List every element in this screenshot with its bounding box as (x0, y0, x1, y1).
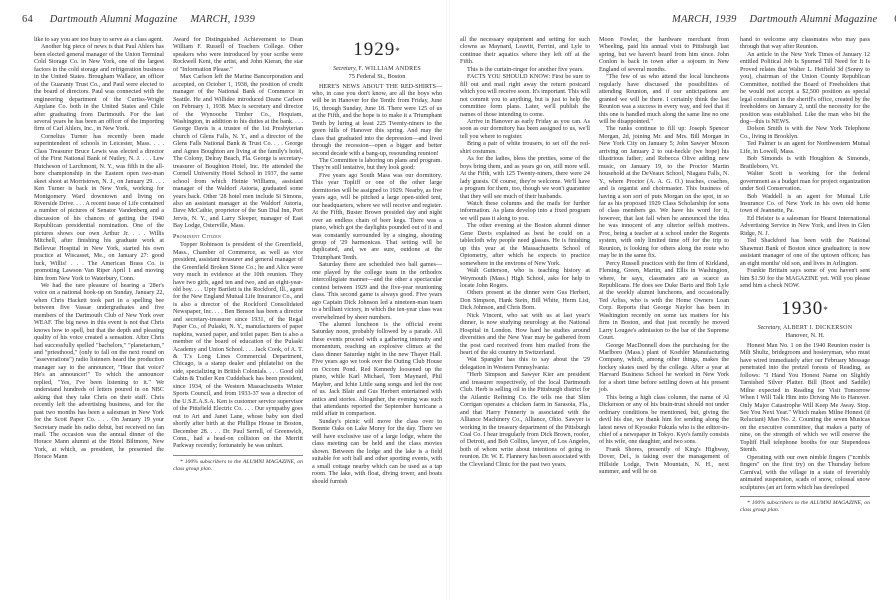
running-head-right: MARCH, 1939 Dartmouth Alumni Magazine 65 (672, 14, 896, 25)
issue-date: MARCH, 1939 (672, 14, 737, 25)
section-subhead: Prominent Citizen (173, 234, 303, 241)
paragraph: Dolson Smith is with the New York Teleph… (740, 126, 870, 141)
paragraph: The alumni luncheon is the official even… (312, 322, 442, 419)
column-6: hand to welcome any classmates who may p… (740, 37, 870, 514)
paragraph: Bob Waddell is an agent for Mutual Life … (740, 194, 870, 216)
paragraph: Honest Man No. 1 on the 1940 Reunion ros… (740, 343, 870, 455)
paragraph: Walt Gutterson, who is teaching history … (460, 268, 590, 290)
running-head-left: 64 Dartmouth Alumni Magazine MARCH, 1939 (22, 14, 255, 25)
paragraph: Ed Heister is a salesman for Hearst Inte… (740, 216, 870, 238)
paragraph: HERE'S NEWS ABOUT THE RED-SHIRTS—who, in… (312, 84, 442, 159)
paragraph: Walter Scott is working for the federal … (740, 171, 870, 193)
paragraph: Five years ago South Mass was our dormit… (312, 173, 442, 262)
paragraph: Nick Vincent, who sat with us at last ye… (460, 313, 590, 358)
paragraph: The ranks continue to fill up: Joseph Sp… (599, 126, 729, 260)
paragraph: This being a high class column, the name… (599, 395, 729, 447)
paragraph: The other evening at the Boston alumni d… (460, 223, 590, 268)
paragraph: Frankie Brittain says some of you haven'… (740, 268, 870, 290)
secretary-address: Hanover, N. H. (740, 332, 870, 341)
secretary-address: 75 Federal St., Boston (312, 73, 442, 82)
paragraph: Bring a pair of white trousers, to set o… (460, 141, 590, 156)
class-year-heading-1929: 1929* (312, 39, 442, 61)
column-3: 1929* Secretary, F. WILLIAM ANDRES 75 Fe… (312, 37, 442, 486)
paragraph: all the necessary equipment and setting … (460, 37, 590, 67)
paragraph: Ted Palmer is an agent for Northwestern … (740, 141, 870, 156)
column-4: all the necessary equipment and setting … (460, 37, 590, 469)
column-2: Award for Distinguished Achievement to D… (173, 37, 303, 473)
class-secretary: Secretary, ALBERT I. DICKERSON (740, 324, 870, 332)
footnote: * 100% subscribers to the ALUMNI MAGAZIN… (173, 459, 303, 473)
column-1: like to say you are too busy to serve as… (34, 37, 164, 462)
paragraph: The Committee is laboring on plans and p… (312, 158, 442, 173)
paragraph: Another big piece of news is that Paul A… (34, 44, 164, 133)
paragraph: As for the ladies, bless the pretties, s… (460, 156, 590, 201)
paragraph: "The few of us who attend the local lunc… (599, 74, 729, 126)
paragraph: Percy Russell practices with the firm of… (599, 261, 729, 343)
class-year-heading-1930: 1930* (740, 298, 870, 320)
paragraph: FACTS YOU SHOULD KNOW: First be sure to … (460, 74, 590, 119)
paragraph: Moon Fowler, the hardware merchant from … (599, 37, 729, 74)
footnote: * 100% subscribers to the ALUMNI MAGAZIN… (740, 500, 870, 514)
magazine-title: Dartmouth Alumni Magazine (749, 14, 877, 25)
paragraph: Others present at the dinner were Gus He… (460, 290, 590, 312)
paragraph: Bob Simonds is with Houghton & Simonds, … (740, 156, 870, 171)
paragraph: Operating with our own nimble fingers ("… (740, 455, 870, 492)
footnote-rule (173, 455, 303, 456)
paragraph: Award for Distinguished Achievement to D… (173, 37, 303, 74)
paragraph: This is the curtain-ringer for another f… (460, 67, 590, 74)
paragraph: Watch these columns and the mails for fu… (460, 201, 590, 223)
issue-date: MARCH, 1939 (190, 14, 255, 25)
paragraph: Cornelius Turner has recently been made … (34, 134, 164, 283)
footnote-rule (740, 496, 870, 497)
page-number: 64 (22, 14, 33, 25)
paragraph: Max Carlson left the Marine Bancorporati… (173, 74, 303, 231)
paragraph: Ted Shackford has been with the National… (740, 238, 870, 268)
class-secretary: Secretary, F. WILLIAM ANDRES (312, 65, 442, 73)
magazine-title: Dartmouth Alumni Magazine (50, 14, 178, 25)
paragraph: Frank Shores, presently of King's Highwa… (599, 447, 729, 477)
paragraph: hand to welcome any classmates who may p… (740, 37, 870, 52)
paragraph: An article in the New York Times of Janu… (740, 52, 870, 127)
paragraph: Wat Spangler has this to say about the '… (460, 357, 590, 372)
right-page-65: MARCH, 1939 Dartmouth Alumni Magazine 65… (448, 0, 896, 600)
column-5: Moon Fowler, the hardware merchant from … (599, 37, 729, 477)
paragraph: Topper Robinson is president of the Gree… (173, 242, 303, 451)
paragraph: Arrive in Hanover as early Friday as you… (460, 119, 590, 141)
paragraph: Saturday there are scheduled two ball ga… (312, 262, 442, 322)
left-page-64: 64 Dartmouth Alumni Magazine MARCH, 1939… (0, 0, 448, 600)
paragraph: We had the rare pleasure of hearing a '2… (34, 283, 164, 462)
paragraph: Sunday's picnic will move the class over… (312, 419, 442, 486)
paragraph: "Herb Simpson and Sawyer Kier are presid… (460, 372, 590, 469)
paragraph: George MacDonnell does the purchasing fo… (599, 343, 729, 395)
